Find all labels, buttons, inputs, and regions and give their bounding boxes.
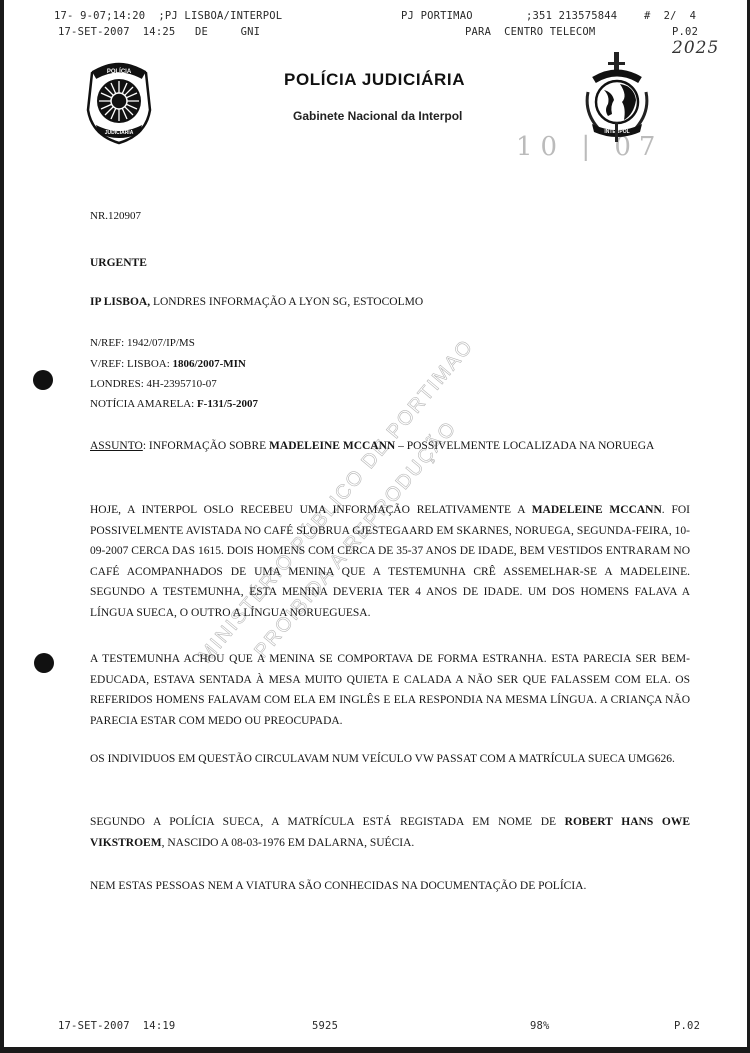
fax-header-recipient: PARA CENTRO TELECOM — [465, 26, 595, 38]
handwritten-number: 2025 — [672, 38, 719, 58]
fax-header-page-count: # 2/ 4 — [644, 10, 696, 22]
fax-footer-code: 5925 — [312, 1020, 338, 1032]
body-paragraph-4: SEGUNDO A POLÍCIA SUECA, A MATRÍCULA EST… — [90, 812, 690, 853]
interpol-emblem-icon: INTERPOL — [582, 52, 652, 149]
svg-text:JUDICIÁRIA: JUDICIÁRIA — [105, 129, 134, 136]
punch-hole-bottom — [34, 653, 54, 673]
subject-paragraph: ASSUNTO: INFORMAÇÃO SOBRE MADELEINE MCCA… — [90, 436, 690, 457]
fax-header-destination: PJ PORTIMAO — [401, 10, 473, 22]
priority-label: URGENTE — [90, 257, 147, 269]
body-paragraph-2: A TESTEMUNHA ACHOU QUE A MENINA SE COMPO… — [90, 649, 690, 731]
fax-footer-page: P.02 — [674, 1020, 700, 1032]
fax-footer-datetime: 17-SET-2007 14:19 — [58, 1020, 175, 1032]
subject-label: ASSUNTO — [90, 440, 143, 452]
fax-header-receive-line: 17-SET-2007 14:25 DE GNI — [58, 26, 260, 38]
scan-border-bottom — [0, 1047, 750, 1053]
subject-name: MADELEINE MCCANN — [269, 440, 395, 452]
body-paragraph-1: HOJE, A INTERPOL OSLO RECEBEU UMA INFORM… — [90, 500, 690, 623]
punch-hole-top — [33, 370, 53, 390]
fax-footer-quality: 98% — [530, 1020, 550, 1032]
routing-line: IP LISBOA, LONDRES INFORMAÇÃO A LYON SG,… — [90, 296, 423, 308]
fax-header-sender-line: 17- 9-07;14:20 ;PJ LISBOA/INTERPOL — [54, 10, 282, 22]
routing-origin: IP LISBOA, — [90, 296, 150, 308]
document-page: 17- 9-07;14:20 ;PJ LISBOA/INTERPOL PJ PO… — [4, 0, 747, 1047]
fax-header-page-number: P.02 — [672, 26, 698, 38]
reference-vref: V/REF: LISBOA: 1806/2007-MIN — [90, 358, 246, 370]
routing-destinations: LONDRES INFORMAÇÃO A LYON SG, ESTOCOLMO — [150, 296, 423, 308]
fax-header-phone: ;351 213575844 — [526, 10, 617, 22]
letterhead-title: POLÍCIA JUDICIÁRIA — [284, 70, 465, 90]
body-paragraph-5: NEM ESTAS PESSOAS NEM A VIATURA SÃO CONH… — [90, 876, 690, 897]
reference-nref: N/REF: 1942/07/IP/MS — [90, 337, 195, 349]
document-number: NR.120907 — [90, 210, 141, 222]
reference-londres: LONDRES: 4H-2395710-07 — [90, 378, 217, 390]
svg-text:POLÍCIA: POLÍCIA — [107, 67, 132, 75]
reference-noticia-amarela: NOTÍCIA AMARELA: F-131/5-2007 — [90, 398, 258, 410]
body-paragraph-3: OS INDIVIDUOS EM QUESTÃO CIRCULAVAM NUM … — [90, 749, 690, 770]
letterhead-subtitle: Gabinete Nacional da Interpol — [293, 109, 462, 123]
policia-judiciaria-badge-icon: POLÍCIA JUDICIÁRIA — [84, 55, 154, 150]
